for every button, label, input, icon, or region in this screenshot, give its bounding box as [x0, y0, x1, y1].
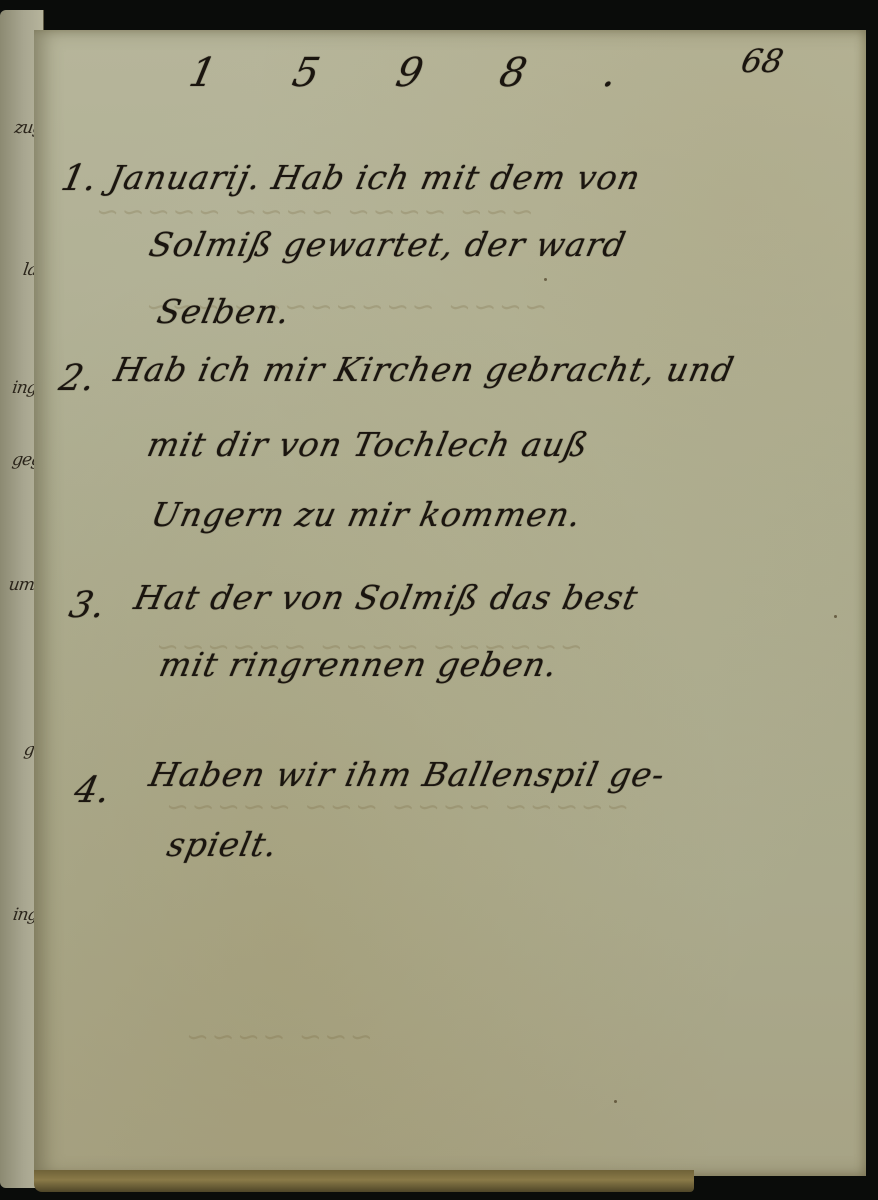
bleed-through-text: ~~~~~ ~~~~ ~~~ ~~~~~: [161, 790, 632, 823]
entry-line: spielt.: [164, 825, 282, 864]
entry-line: Hat der von Solmiß das best: [131, 578, 642, 617]
year-heading: 1598.: [185, 50, 699, 96]
bleed-through-text: ~~~ ~~~~: [181, 1020, 376, 1053]
ink-speck: [834, 615, 837, 618]
folio-number: 68: [738, 42, 787, 80]
entry-line: Ungern zu mir kommen.: [148, 495, 585, 534]
entry-line: Selben.: [154, 292, 294, 331]
bleed-through-text: ~~~ ~~~~ ~~~~ ~~~~~: [91, 195, 537, 228]
entry-line: mit ringrennen geben.: [156, 645, 562, 684]
ink-speck: [614, 1100, 617, 1103]
page-bottom-edge: [34, 1170, 694, 1192]
ink-speck: [544, 278, 547, 281]
entry-line: mit dir von Tochlech auß: [144, 425, 592, 464]
manuscript-photo: zugey lallig ing ge gegen umsch y. geru …: [0, 0, 878, 1200]
entry-line: Januarij. Hab ich mit dem von: [106, 158, 645, 197]
entry-line: Solmiß gewartet, der ward: [146, 225, 630, 264]
entry-line: Haben wir ihm Ballenspil ge-: [146, 755, 669, 794]
entry-line: Hab ich mir Kirchen gebracht, und: [111, 350, 738, 389]
